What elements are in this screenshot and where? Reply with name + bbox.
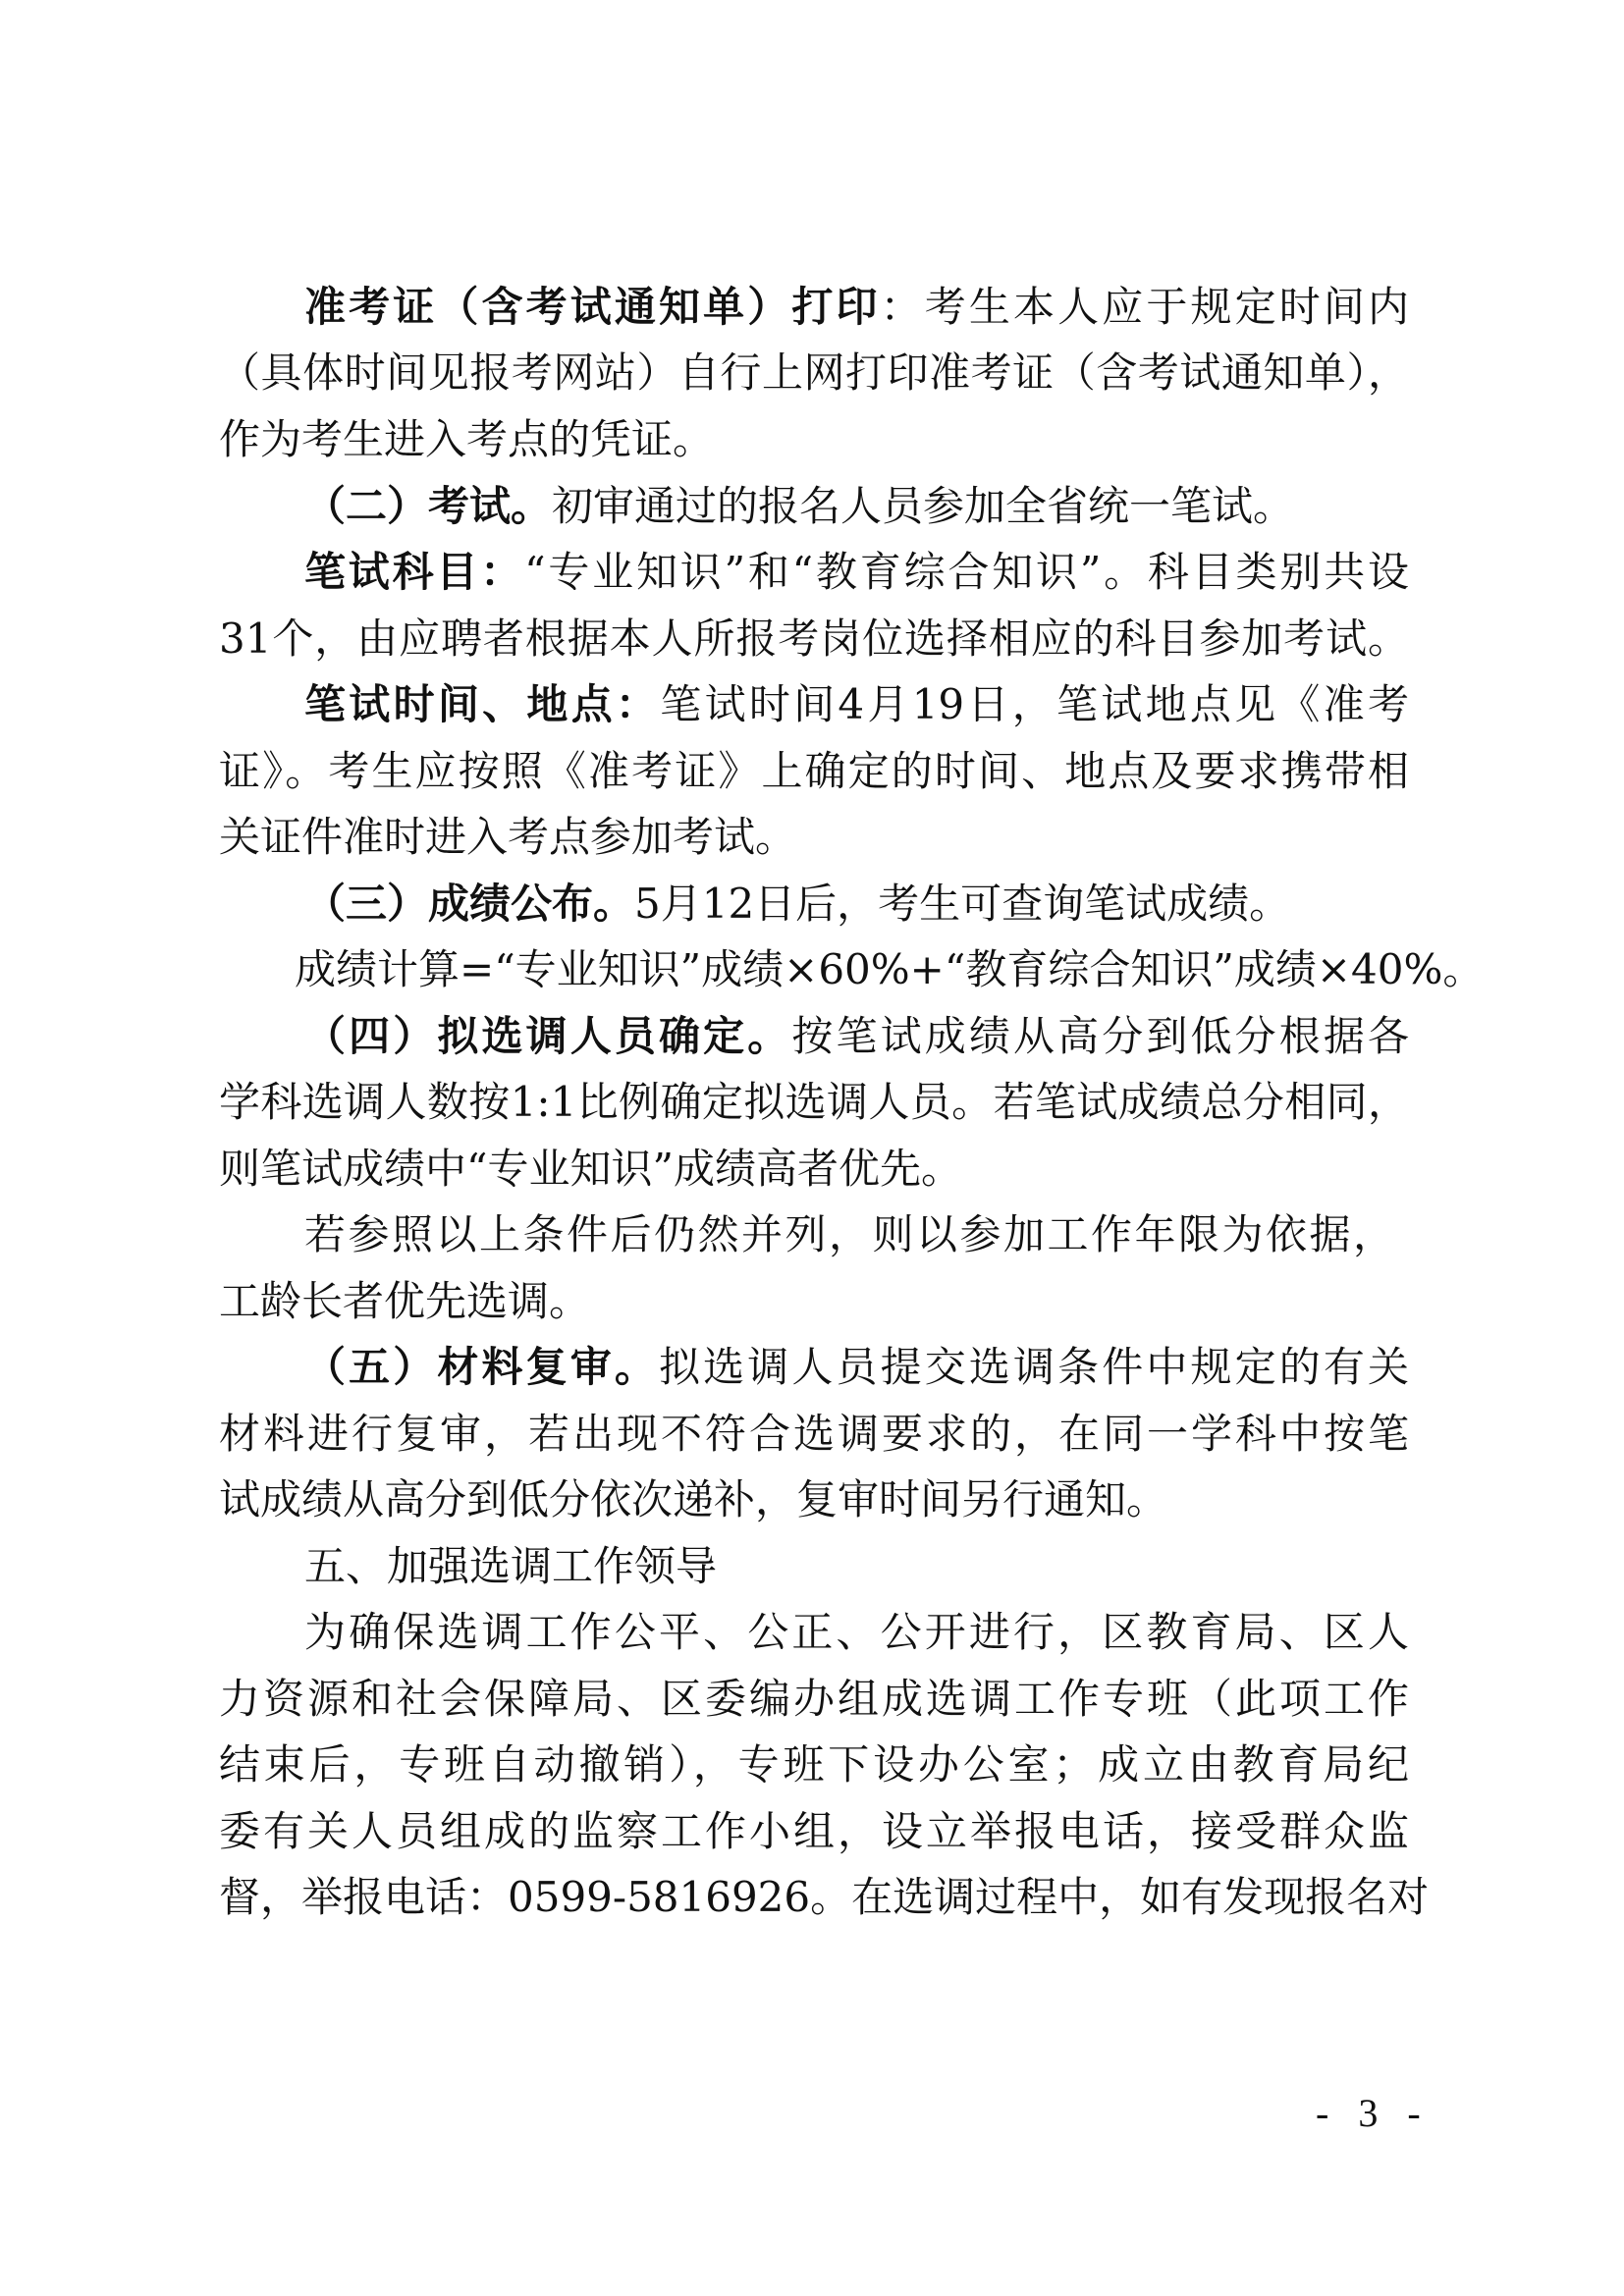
- line-text: 试成绩从高分到低分依次递补，复审时间另行通知。: [219, 1475, 1167, 1523]
- paragraph-line: 结束后，专班自动撤销），专班下设办公室；成立由教育局纪: [219, 1735, 1409, 1794]
- paragraph-line: （具体时间见报考网站）自行上网打印准考证（含考试通知单），: [219, 344, 1409, 402]
- paragraph-line: 关证件准时进入考点参加考试。: [219, 808, 1409, 867]
- bold-lead: 准考证（含考试通知单）打印: [304, 283, 881, 331]
- score-formula: 成绩计算=“专业知识”成绩×60%+“教育综合知识”成绩×40%。: [295, 940, 1399, 999]
- paragraph-line: 力资源和社会保障局、区委编办组成选调工作专班（此项工作: [219, 1670, 1409, 1729]
- line-text: 31个，由应聘者根据本人所报考岗位选择相应的科目参加考试。: [219, 614, 1409, 663]
- paragraph-line: 为确保选调工作公平、公正、公开进行，区教育局、区人: [304, 1603, 1409, 1662]
- line-text: 材料进行复审，若出现不符合选调要求的，在同一学科中按笔: [219, 1410, 1409, 1458]
- section-heading-review: （五）材料复审。: [304, 1343, 659, 1391]
- paragraph-line: 委有关人员组成的监察工作小组，设立举报电话，接受群众监: [219, 1802, 1409, 1861]
- line-text: 力资源和社会保障局、区委编办组成选调工作专班（此项工作: [219, 1675, 1409, 1723]
- line-text: 学科选调人数按1:1比例确定拟选调人员。若笔试成绩总分相同，: [219, 1078, 1409, 1126]
- line-text: ：考生本人应于规定时间内: [881, 283, 1409, 331]
- line-text: 为确保选调工作公平、公正、公开进行，区教育局、区人: [304, 1608, 1409, 1656]
- section-heading-determination: （四）拟选调人员确定。: [304, 1012, 791, 1060]
- line-text: 成绩计算=“专业知识”成绩×60%+“教育综合知识”成绩×40%。: [295, 945, 1484, 993]
- document-page: 准考证（含考试通知单）打印：考生本人应于规定时间内 （具体时间见报考网站）自行上…: [0, 0, 1624, 2296]
- section-heading-exam: （二）考试。: [304, 482, 552, 530]
- line-text: 拟选调人员提交选调条件中规定的有关: [659, 1343, 1409, 1391]
- paragraph-line: 学科选调人数按1:1比例确定拟选调人员。若笔试成绩总分相同，: [219, 1073, 1409, 1132]
- paragraph-line: 笔试科目：“专业知识”和“教育综合知识”。科目类别共设: [304, 543, 1409, 602]
- line-text: 初审通过的报名人员参加全省统一笔试。: [552, 482, 1294, 530]
- section-5-heading: 五、加强选调工作领导: [304, 1537, 1409, 1596]
- paragraph-line: （五）材料复审。拟选调人员提交选调条件中规定的有关: [304, 1338, 1409, 1397]
- bold-lead: 笔试科目：: [304, 548, 524, 596]
- heading-text: 五、加强选调工作领导: [304, 1542, 717, 1590]
- paragraph-line: （二）考试。初审通过的报名人员参加全省统一笔试。: [304, 477, 1409, 536]
- paragraph-line: 准考证（含考试通知单）打印：考生本人应于规定时间内: [304, 278, 1409, 337]
- paragraph-line: （三）成绩公布。5月12日后，考生可查询笔试成绩。: [304, 875, 1409, 934]
- line-text: 按笔试成绩从高分到低分根据各: [791, 1012, 1409, 1060]
- paragraph-line: 材料进行复审，若出现不符合选调要求的，在同一学科中按笔: [219, 1405, 1409, 1464]
- paragraph-line: 作为考生进入考点的凭证。: [219, 410, 1409, 469]
- paragraph-line: 证》。考生应按照《准考证》上确定的时间、地点及要求携带相: [219, 742, 1409, 801]
- line-text: 若参照以上条件后仍然并列，则以参加工作年限为依据，: [304, 1210, 1394, 1258]
- section-heading-score: （三）成绩公布。: [304, 880, 634, 928]
- line-text: “专业知识”和“教育综合知识”。科目类别共设: [524, 548, 1409, 596]
- line-text: 督，举报电话：0599-5816926。在选调过程中，如有发现报名对: [219, 1873, 1429, 1921]
- line-text: 结束后，专班自动撤销），专班下设办公室；成立由教育局纪: [219, 1740, 1409, 1789]
- paragraph-line: 督，举报电话：0599-5816926。在选调过程中，如有发现报名对: [219, 1868, 1409, 1927]
- line-text: （具体时间见报考网站）自行上网打印准考证（含考试通知单），: [219, 348, 1409, 397]
- paragraph-line: 则笔试成绩中“专业知识”成绩高者优先。: [219, 1140, 1409, 1199]
- line-text: 5月12日后，考生可查询笔试成绩。: [634, 880, 1290, 928]
- line-text: 作为考生进入考点的凭证。: [219, 415, 714, 463]
- line-text: 笔试时间4月19日，笔试地点见《准考: [660, 680, 1409, 728]
- line-text: 工龄长者优先选调。: [219, 1277, 590, 1325]
- paragraph-line: 工龄长者优先选调。: [219, 1272, 1409, 1331]
- paragraph-line: 31个，由应聘者根据本人所报考岗位选择相应的科目参加考试。: [219, 610, 1409, 668]
- bold-lead: 笔试时间、地点：: [304, 680, 660, 728]
- paragraph-line: 若参照以上条件后仍然并列，则以参加工作年限为依据，: [304, 1205, 1394, 1264]
- line-text: 关证件准时进入考点参加考试。: [219, 813, 796, 861]
- line-text: 则笔试成绩中“专业知识”成绩高者优先。: [219, 1145, 962, 1193]
- paragraph-line: 笔试时间、地点：笔试时间4月19日，笔试地点见《准考: [304, 675, 1409, 734]
- line-text: 证》。考生应按照《准考证》上确定的时间、地点及要求携带相: [219, 747, 1409, 795]
- paragraph-line: （四）拟选调人员确定。按笔试成绩从高分到低分根据各: [304, 1007, 1409, 1066]
- paragraph-line: 试成绩从高分到低分依次递补，复审时间另行通知。: [219, 1470, 1409, 1529]
- page-number: - 3 -: [1316, 2089, 1431, 2138]
- line-text: 委有关人员组成的监察工作小组，设立举报电话，接受群众监: [219, 1807, 1409, 1855]
